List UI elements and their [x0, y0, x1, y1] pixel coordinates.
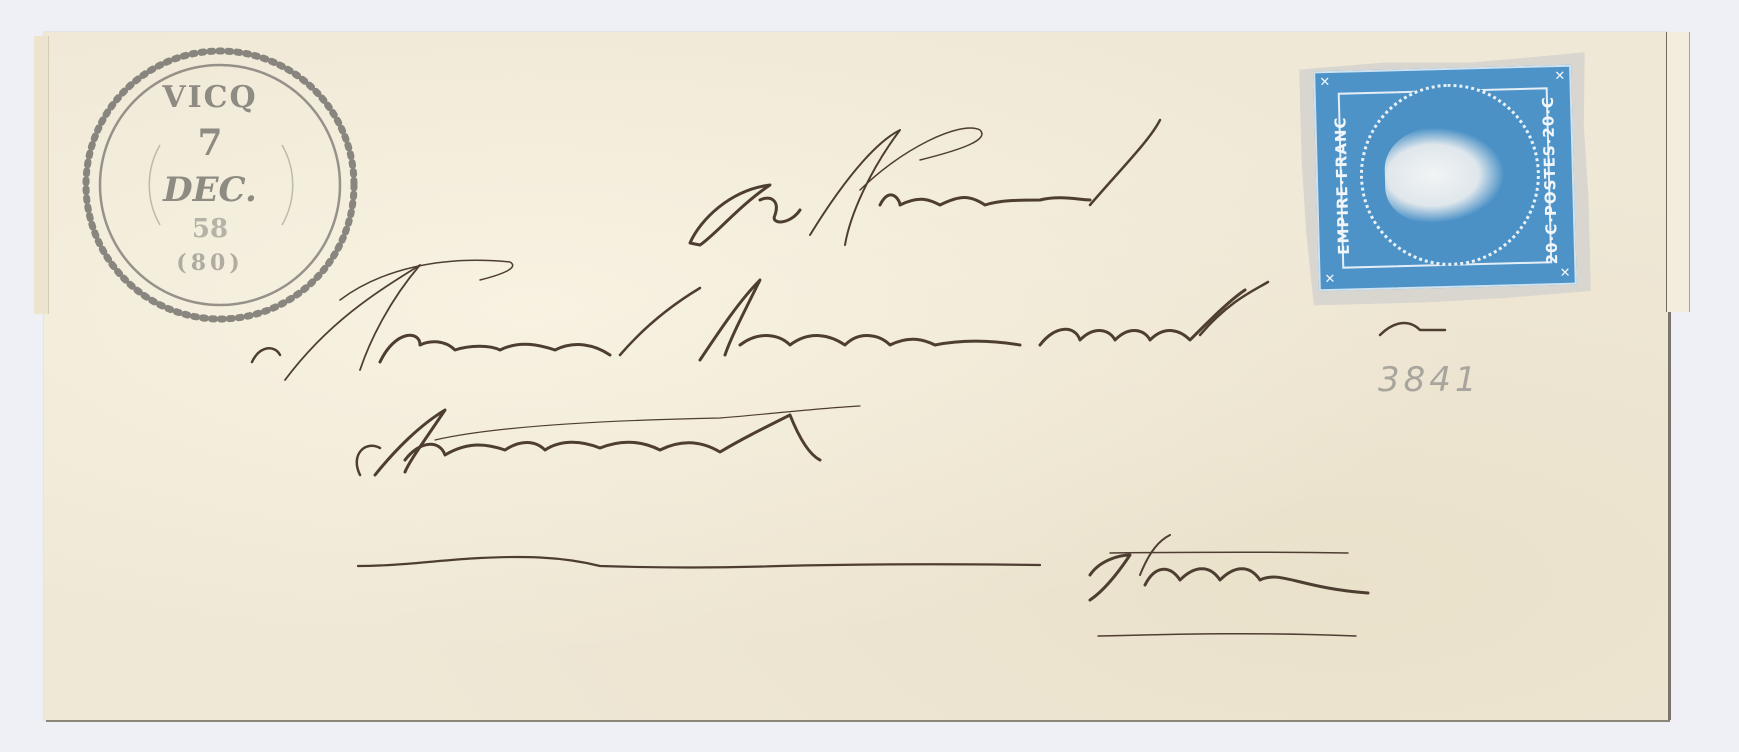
- pencil-annotation: 3841: [1378, 360, 1481, 400]
